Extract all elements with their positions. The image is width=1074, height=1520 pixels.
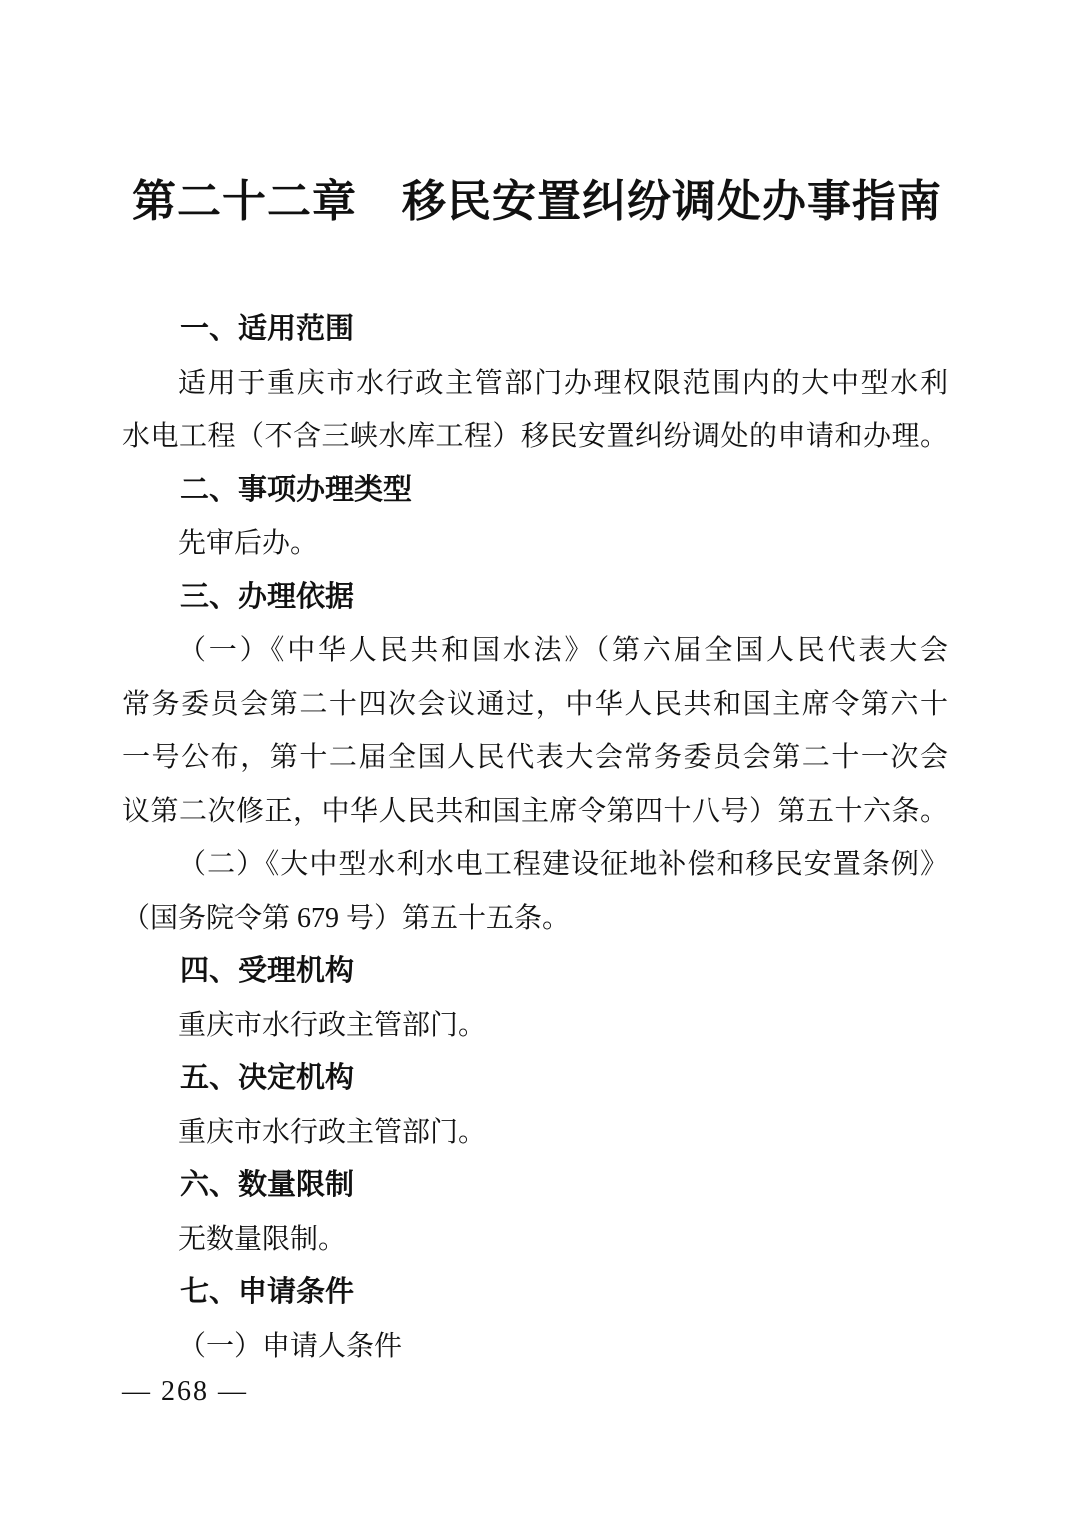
page-footer: — 268 — — [122, 1372, 248, 1412]
body-line: 常务委员会第二十四次会议通过，中华人民共和国主席令第六十 — [122, 678, 948, 732]
section-quantity-limit: 六、数量限制 无数量限制。 — [122, 1159, 948, 1266]
body-line: 一号公布，第十二届全国人民代表大会常务委员会第二十一次会 — [122, 731, 948, 785]
document-page: 第二十二章 移民安置纠纷调处办事指南 一、适用范围 适用于重庆市水行政主管部门办… — [0, 0, 1074, 1520]
section-application-conditions: 七、申请条件 （一）申请人条件 — [122, 1266, 948, 1373]
section-heading-5: 五、决定机构 — [122, 1052, 948, 1106]
body-line: 议第二次修正，中华人民共和国主席令第四十八号）第五十六条。 — [122, 785, 948, 839]
body-line: 无数量限制。 — [122, 1213, 948, 1267]
section-heading-1: 一、适用范围 — [122, 303, 948, 357]
body-line: （一）申请人条件 — [122, 1320, 948, 1374]
section-heading-4: 四、受理机构 — [122, 945, 948, 999]
body-line: 适用于重庆市水行政主管部门办理权限范围内的大中型水利 — [122, 357, 948, 411]
section-heading-7: 七、申请条件 — [122, 1266, 948, 1320]
section-handling-type: 二、事项办理类型 先审后办。 — [122, 464, 948, 571]
body-line: 重庆市水行政主管部门。 — [122, 1106, 948, 1160]
section-deciding-authority: 五、决定机构 重庆市水行政主管部门。 — [122, 1052, 948, 1159]
body-line: （国务院令第 679 号）第五十五条。 — [122, 892, 948, 946]
body-line: （一）《中华人民共和国水法》（第六届全国人民代表大会 — [122, 624, 948, 678]
body-line: 水电工程（不含三峡水库工程）移民安置纠纷调处的申请和办理。 — [122, 410, 948, 464]
section-heading-3: 三、办理依据 — [122, 571, 948, 625]
chapter-title: 第二十二章 移民安置纠纷调处办事指南 — [0, 172, 1074, 232]
section-heading-6: 六、数量限制 — [122, 1159, 948, 1213]
body-line: 先审后办。 — [122, 517, 948, 571]
section-legal-basis: 三、办理依据 （一）《中华人民共和国水法》（第六届全国人民代表大会 常务委员会第… — [122, 571, 948, 946]
body-line: 重庆市水行政主管部门。 — [122, 999, 948, 1053]
section-accepting-authority: 四、受理机构 重庆市水行政主管部门。 — [122, 945, 948, 1052]
body-line: （二）《大中型水利水电工程建设征地补偿和移民安置条例》 — [122, 838, 948, 892]
section-heading-2: 二、事项办理类型 — [122, 464, 948, 518]
page-content: 一、适用范围 适用于重庆市水行政主管部门办理权限范围内的大中型水利 水电工程（不… — [122, 303, 948, 1373]
section-applicable-scope: 一、适用范围 适用于重庆市水行政主管部门办理权限范围内的大中型水利 水电工程（不… — [122, 303, 948, 464]
page-number: — 268 — — [122, 1376, 248, 1407]
